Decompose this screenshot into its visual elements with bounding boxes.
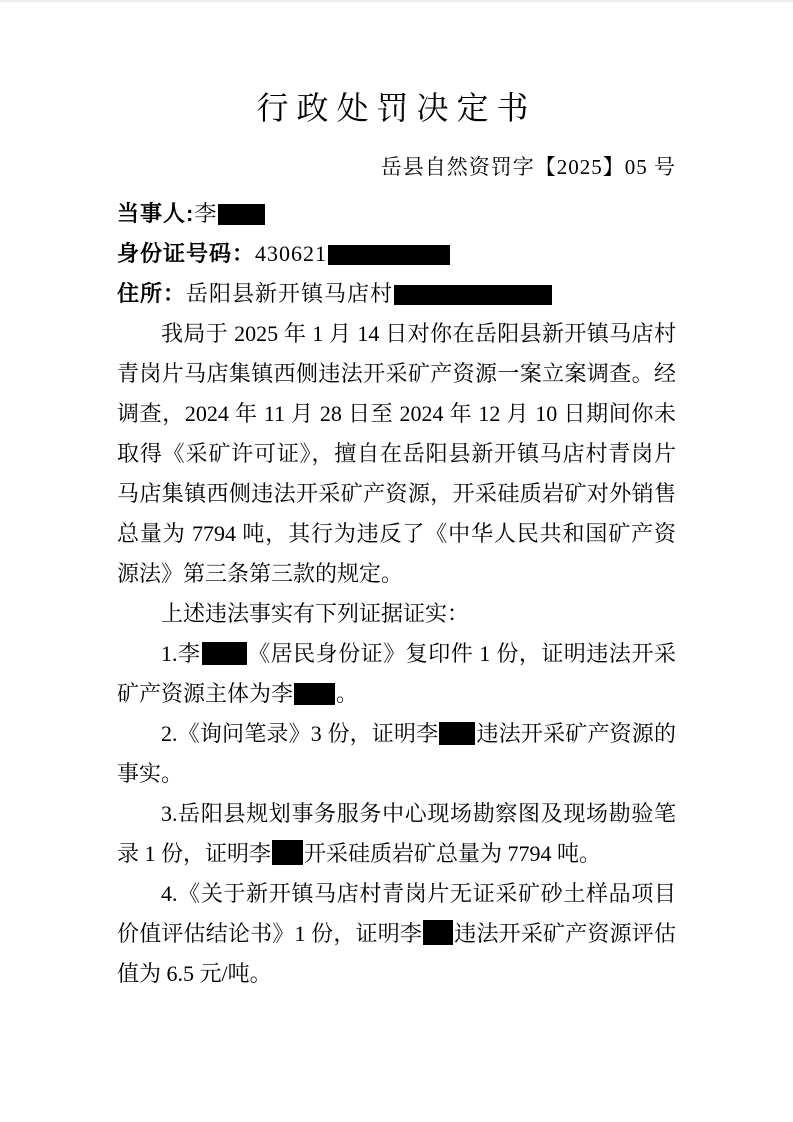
paragraph-text: 开采硅质岩矿总量为 7794 吨。: [304, 841, 601, 866]
redaction-box: [202, 642, 247, 665]
paragraph-text: 2.《询问笔录》3 份，证明李: [161, 721, 438, 746]
body-paragraph: 我局于 2025 年 1 月 14 日对你在岳阳县新开镇马店村青岗片马店集镇西侧…: [117, 314, 676, 594]
paragraph-text: 上述违法事实有下列证据证实：: [161, 601, 469, 626]
redaction-box: [423, 920, 453, 945]
party-info-value: 李: [194, 201, 217, 226]
party-info-section: 当事人:李身份证号码：430621住所：岳阳县新开镇马店村: [117, 194, 676, 314]
party-info-value: 岳阳县新开镇马店村: [186, 281, 393, 306]
body-paragraph: 2.《询问笔录》3 份，证明李违法开采矿产资源的事实。: [117, 714, 676, 794]
document-page: 行政处罚决定书 岳县自然资罚字【2025】05 号 当事人:李身份证号码：430…: [0, 0, 793, 1122]
redaction-box: [439, 722, 475, 745]
redaction-box: [218, 204, 265, 225]
redaction-box: [394, 285, 552, 305]
body-paragraph: 1.李《居民身份证》复印件 1 份，证明违法开采矿产资源主体为李。: [117, 634, 676, 714]
body-paragraph: 3.岳阳县规划事务服务中心现场勘察图及现场勘验笔录 1 份，证明李开采硅质岩矿总…: [117, 794, 676, 874]
body-paragraphs-section: 我局于 2025 年 1 月 14 日对你在岳阳县新开镇马店村青岗片马店集镇西侧…: [117, 314, 676, 994]
paragraph-text: 。: [336, 681, 358, 706]
redaction-box: [328, 245, 450, 265]
party-info-label: 住所：: [117, 281, 186, 306]
redaction-box: [294, 683, 335, 705]
party-info-value: 430621: [255, 241, 327, 266]
paragraph-text: 我局于 2025 年 1 月 14 日对你在岳阳县新开镇马店村青岗片马店集镇西侧…: [117, 321, 676, 586]
document-content: 行政处罚决定书 岳县自然资罚字【2025】05 号 当事人:李身份证号码：430…: [0, 91, 793, 994]
party-info-line: 住所：岳阳县新开镇马店村: [117, 274, 676, 314]
document-number: 岳县自然资罚字【2025】05 号: [117, 156, 676, 178]
body-paragraph: 上述违法事实有下列证据证实：: [117, 594, 676, 634]
paragraph-text: 1.李: [161, 641, 201, 666]
document-body: 当事人:李身份证号码：430621住所：岳阳县新开镇马店村 我局于 2025 年…: [117, 194, 676, 994]
redaction-box: [272, 840, 303, 865]
party-info-line: 身份证号码：430621: [117, 234, 676, 274]
party-info-label: 身份证号码：: [117, 241, 255, 266]
body-paragraph: 4.《关于新开镇马店村青岗片无证采矿砂土样品项目价值评估结论书》1 份，证明李违…: [117, 874, 676, 994]
document-title: 行政处罚决定书: [117, 91, 676, 125]
party-info-label: 当事人:: [117, 201, 194, 226]
party-info-line: 当事人:李: [117, 194, 676, 234]
